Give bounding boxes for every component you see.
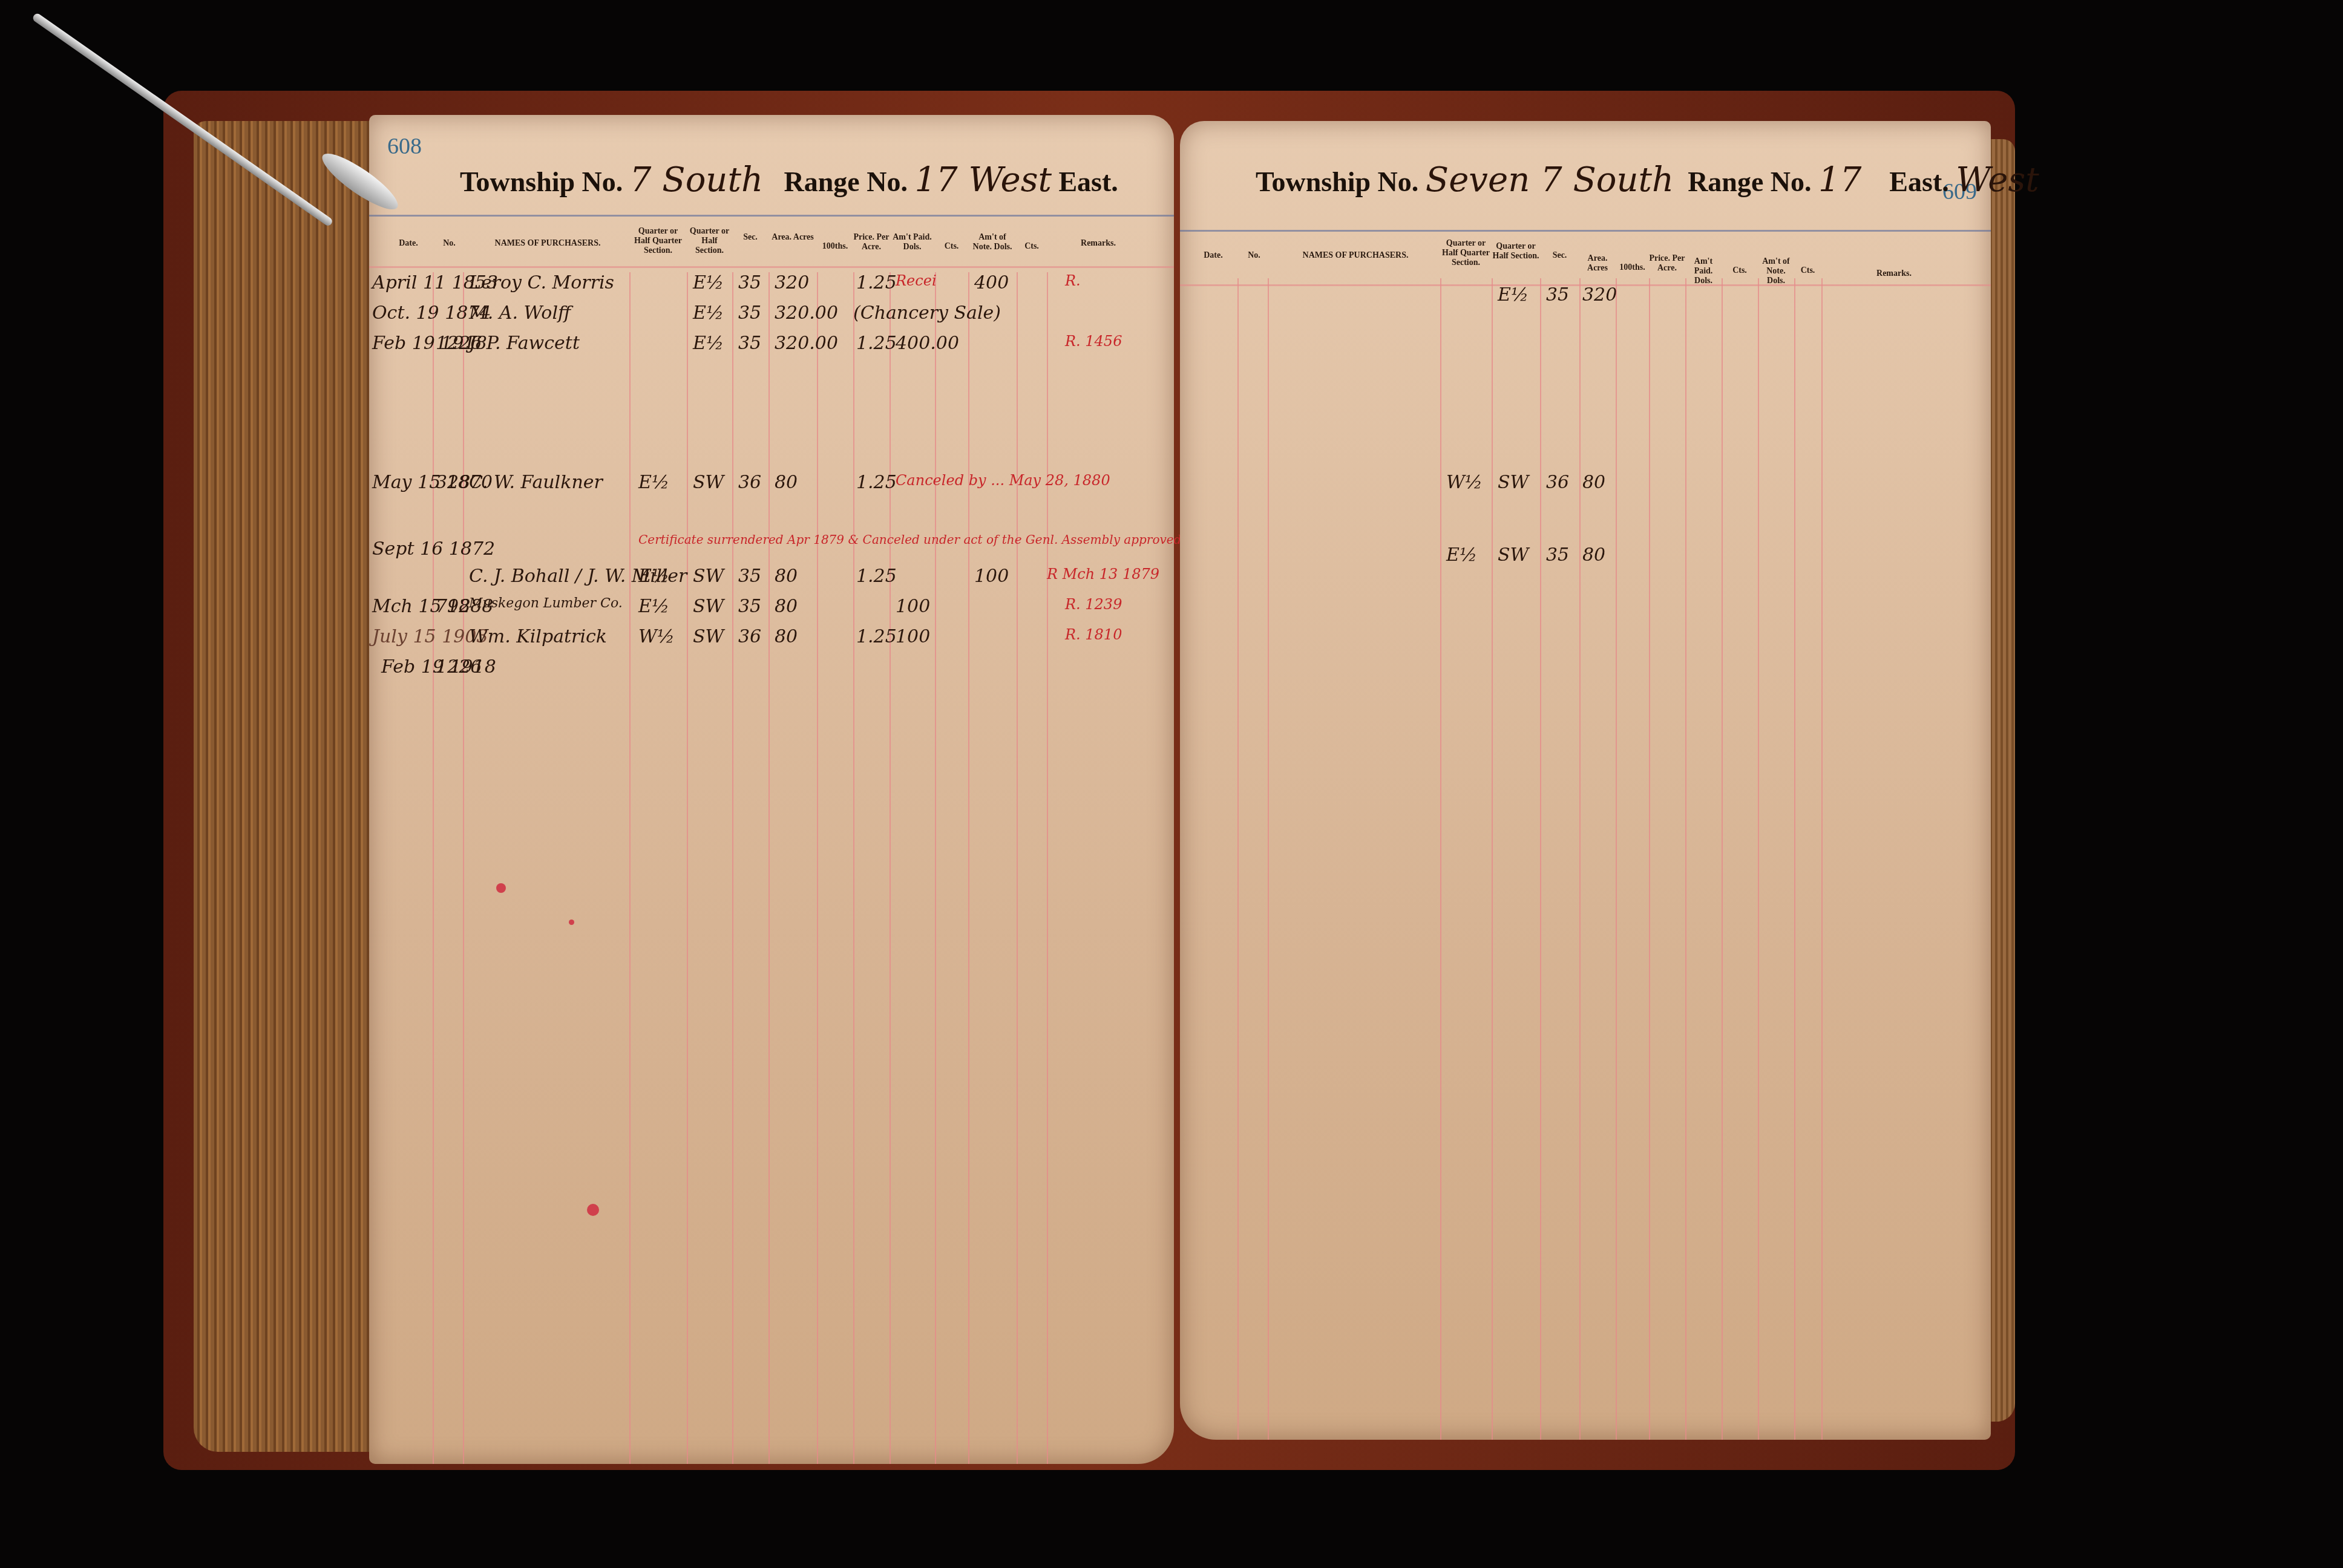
column-header: Remarks. <box>1053 239 1144 249</box>
column-header: Price. Per Acre. <box>853 233 890 252</box>
column-header: 100ths. <box>817 242 853 252</box>
column-rule <box>968 272 969 1464</box>
column-rule <box>853 272 854 1464</box>
column-rule <box>629 272 631 1464</box>
column-rule <box>1540 278 1541 1440</box>
column-header: No. <box>1240 251 1268 261</box>
column-header: 100ths. <box>1616 263 1649 273</box>
column-rule <box>1794 278 1795 1440</box>
column-header: Sec. <box>1540 251 1579 261</box>
column-rule <box>817 272 818 1464</box>
column-header: Date. <box>387 239 430 249</box>
column-rule <box>1268 278 1269 1440</box>
range-value: 17 <box>1818 160 1861 200</box>
page-title: Township No. Seven 7 South Range No. 17 … <box>1256 160 2039 200</box>
column-header: Cts. <box>1722 266 1758 276</box>
township-value: 7 South <box>630 160 763 200</box>
column-rule <box>1649 278 1650 1440</box>
column-rule <box>890 272 891 1464</box>
township-label: Township No. <box>460 166 623 197</box>
range-value: 17 West <box>914 160 1051 200</box>
range-label: Range No. <box>784 166 908 197</box>
range-label: Range No. <box>1688 166 1811 197</box>
header-rule <box>1180 230 1991 232</box>
column-header: Remarks. <box>1833 269 1955 279</box>
table-row: E½ 35 320 <box>1180 284 1991 321</box>
table-row: Feb 19 1918 1226 J. P. Fawcett E½ 35 320… <box>369 333 1174 369</box>
column-rule <box>768 272 770 1464</box>
header-rule <box>369 215 1174 217</box>
township-value: Seven 7 South <box>1426 160 1674 200</box>
column-header: Area. Acres <box>768 233 817 243</box>
table-row: Feb 19 1918 1226 <box>369 656 1174 693</box>
column-header: Cts. <box>1794 266 1821 276</box>
column-header: Quarter or Half Quarter Section. <box>629 227 687 256</box>
column-header: Date. <box>1192 251 1234 261</box>
column-rule <box>1821 278 1823 1440</box>
column-header: Quarter or Half Section. <box>1492 242 1540 261</box>
column-header: Sec. <box>732 233 768 243</box>
column-rule <box>433 272 434 1464</box>
column-rule <box>1017 272 1018 1464</box>
column-rule <box>935 272 936 1464</box>
column-header: Am't of Note. Dols. <box>1758 257 1794 286</box>
table-row: W½ SW 36 80 <box>1180 472 1991 508</box>
column-header: NAMES OF PURCHASERS. <box>1271 251 1440 261</box>
column-rule <box>1237 278 1239 1440</box>
column-rule <box>1579 278 1581 1440</box>
column-header: NAMES OF PURCHASERS. <box>466 239 629 249</box>
ink-spot <box>496 883 506 893</box>
direction-value: West <box>1956 160 2039 200</box>
column-rule <box>1722 278 1723 1440</box>
ink-spot <box>569 920 574 925</box>
column-header: Price. Per Acre. <box>1649 254 1685 273</box>
column-header: Cts. <box>1017 242 1047 252</box>
direction-label: East. <box>1889 166 1948 197</box>
column-rule <box>687 272 688 1464</box>
column-rule <box>1616 278 1617 1440</box>
column-rule <box>1492 278 1493 1440</box>
column-rule <box>732 272 733 1464</box>
table-row: May 15 1870 328 C. W. Faulkner E½ SW 36 … <box>369 472 1174 508</box>
right-page: 609 Township No. Seven 7 South Range No.… <box>1180 121 1991 1440</box>
column-header: Am't Paid. Dols. <box>1685 257 1722 286</box>
column-header: Am't of Note. Dols. <box>968 233 1017 252</box>
column-rule <box>1047 272 1048 1464</box>
column-header: Am't Paid. Dols. <box>890 233 935 252</box>
township-label: Township No. <box>1256 166 1418 197</box>
column-header: Cts. <box>935 242 968 252</box>
left-page: 608 Township No. 7 South Range No. 17 We… <box>369 115 1174 1464</box>
column-rule <box>1758 278 1759 1440</box>
column-header-rule <box>369 266 1174 268</box>
table-row: E½ SW 35 80 <box>1180 544 1991 581</box>
column-header: No. <box>436 239 463 249</box>
column-header: Area. Acres <box>1579 254 1616 273</box>
column-header: Quarter or Half Quarter Section. <box>1440 239 1492 268</box>
column-rule <box>463 272 464 1464</box>
page-number: 608 <box>387 133 422 160</box>
column-header: Quarter or Half Section. <box>687 227 732 256</box>
page-title: Township No. 7 South Range No. 17 West E… <box>460 160 1118 200</box>
page-edges-left <box>194 121 375 1452</box>
column-rule <box>1440 278 1441 1440</box>
column-rule <box>1685 278 1686 1440</box>
direction-label: East. <box>1058 166 1118 197</box>
ink-spot <box>587 1204 599 1216</box>
